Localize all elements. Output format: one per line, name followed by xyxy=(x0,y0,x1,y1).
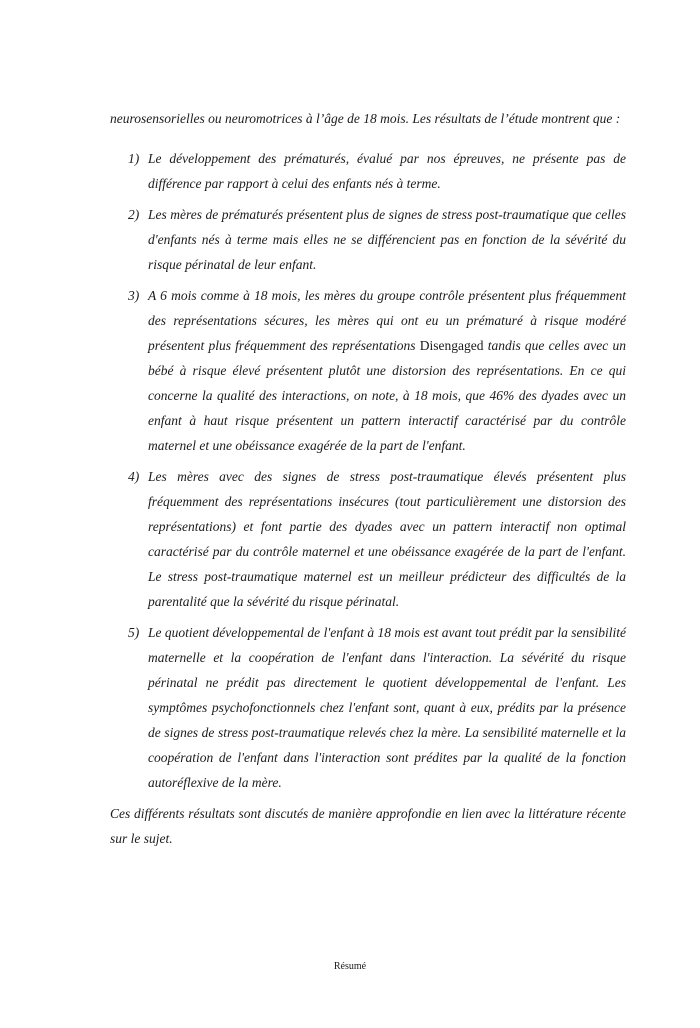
list-item-3-text: A 6 mois comme à 18 mois, les mères du g… xyxy=(148,288,626,453)
resume-content: neurosensorielles ou neuromotrices à l’â… xyxy=(110,106,626,851)
list-item-2-number: 2) xyxy=(128,202,139,227)
list-item-5-number: 5) xyxy=(128,620,139,645)
list-item-3-roman-term: Disengaged xyxy=(420,338,484,353)
intro-paragraph: neurosensorielles ou neuromotrices à l’â… xyxy=(110,106,626,131)
list-item-2-text: Les mères de prématurés présentent plus … xyxy=(148,207,626,272)
findings-list: 1) Le développement des prématurés, éval… xyxy=(110,146,626,795)
list-item-3-text-after: tandis que celles avec un bébé à risque … xyxy=(148,338,626,453)
list-item-1-number: 1) xyxy=(128,146,139,171)
list-item-5-text: Le quotient développemental de l'enfant … xyxy=(148,625,626,790)
page-footer-label: Résumé xyxy=(0,961,700,972)
list-item-3: 3) A 6 mois comme à 18 mois, les mères d… xyxy=(110,283,626,458)
document-page: neurosensorielles ou neuromotrices à l’â… xyxy=(0,0,700,1028)
list-item-4: 4) Les mères avec des signes de stress p… xyxy=(110,464,626,614)
list-item-2: 2) Les mères de prématurés présentent pl… xyxy=(110,202,626,277)
list-item-1: 1) Le développement des prématurés, éval… xyxy=(110,146,626,196)
list-item-5: 5) Le quotient développemental de l'enfa… xyxy=(110,620,626,795)
closing-paragraph: Ces différents résultats sont discutés d… xyxy=(110,801,626,851)
list-item-3-number: 3) xyxy=(128,283,139,308)
list-item-4-text: Les mères avec des signes de stress post… xyxy=(148,469,626,609)
list-item-1-text: Le développement des prématurés, évalué … xyxy=(148,151,626,191)
list-item-4-number: 4) xyxy=(128,464,139,489)
